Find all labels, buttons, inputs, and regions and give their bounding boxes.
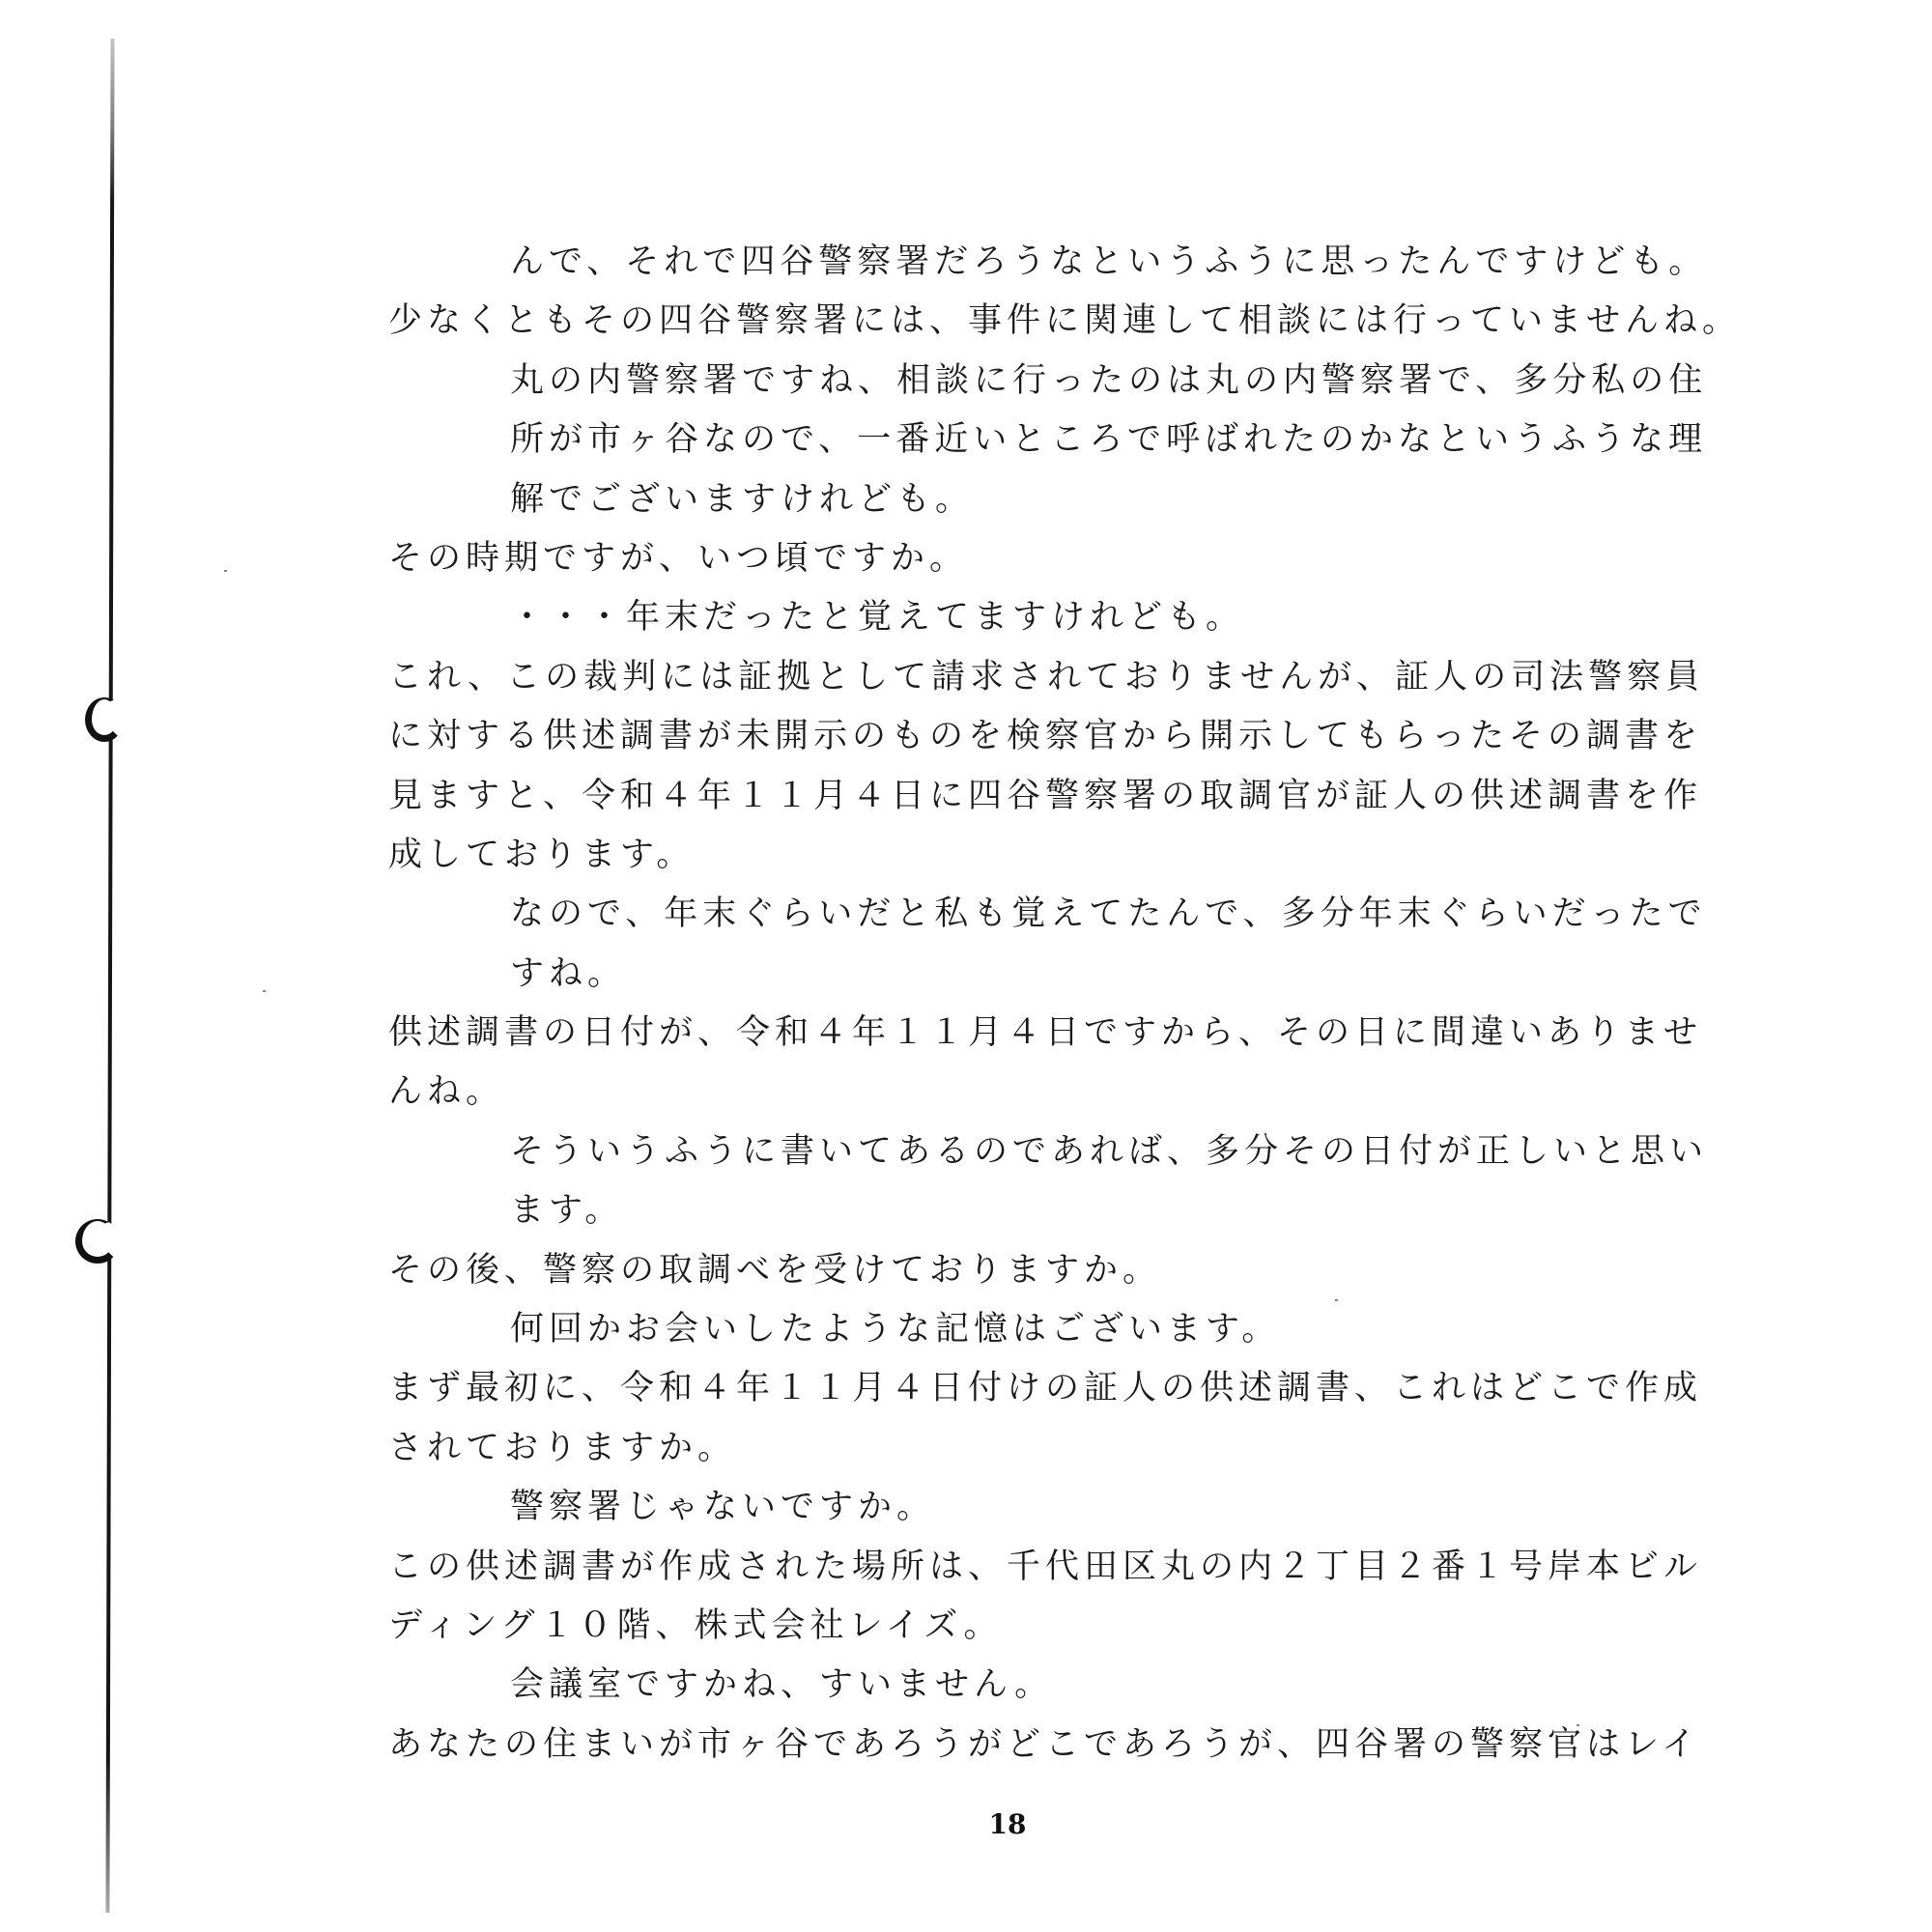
transcript-line: 解でございますけれども。 bbox=[388, 470, 1760, 529]
binding-hook-icon bbox=[85, 697, 124, 742]
transcript-line: まず最初に、令和４年１１月４日付けの証人の供述調書、これはどこで作成 bbox=[388, 1359, 1760, 1418]
transcript-line: なので、年末ぐらいだと私も覚えてたんで、多分年末ぐらいだったで bbox=[388, 885, 1760, 944]
transcript-line: ・・・年末だったと覚えてますけれども。 bbox=[388, 588, 1760, 647]
binding-hook-icon bbox=[75, 1219, 120, 1264]
transcript-line: されておりますか。 bbox=[388, 1419, 1760, 1478]
transcript-line: 少なくともその四谷警察署には、事件に関連して相談には行っていませんね。 bbox=[388, 292, 1760, 351]
transcript-line: ます。 bbox=[388, 1181, 1760, 1240]
page-number: 18 bbox=[983, 1808, 1032, 1840]
transcript-line: ディング１０階、株式会社レイズ。 bbox=[388, 1597, 1760, 1656]
transcript-line: 何回かお会いしたような記憶はございます。 bbox=[388, 1300, 1760, 1359]
transcript-line: その後、警察の取調べを受けておりますか。 bbox=[388, 1241, 1760, 1300]
transcript-line: これ、この裁判には証拠として請求されておりませんが、証人の司法警察員 bbox=[388, 648, 1760, 707]
transcript-line: 所が市ヶ谷なので、一番近いところで呼ばれたのかなというふうな理 bbox=[388, 411, 1760, 469]
transcript-line: 会議室ですかね、すいません。 bbox=[388, 1656, 1760, 1715]
transcript-body: んで、それで四谷警察署だろうなというふうに思ったんですけども。 少なくともその四… bbox=[388, 233, 1760, 1775]
transcript-line: んね。 bbox=[388, 1063, 1760, 1122]
scan-speck bbox=[263, 990, 266, 992]
transcript-line: 警察署じゃないですか。 bbox=[388, 1478, 1760, 1537]
transcript-line: その時期ですが、いつ頃ですか。 bbox=[388, 529, 1760, 588]
binding-margin-line bbox=[105, 39, 114, 1913]
transcript-line: んで、それで四谷警察署だろうなというふうに思ったんですけども。 bbox=[388, 233, 1760, 292]
transcript-line: 丸の内警察署ですね、相談に行ったのは丸の内警察署で、多分私の住 bbox=[388, 352, 1760, 411]
transcript-line: 成しております。 bbox=[388, 826, 1760, 885]
transcript-line: この供述調書が作成された場所は、千代田区丸の内２丁目２番１号岸本ビル bbox=[388, 1538, 1760, 1597]
scan-speck bbox=[224, 570, 227, 572]
transcript-line: に対する供述調書が未開示のものを検察官から開示してもらったその調書を bbox=[388, 707, 1760, 766]
transcript-line: 供述調書の日付が、令和４年１１月４日ですから、その日に間違いありませ bbox=[388, 1004, 1760, 1063]
transcript-line: 見ますと、令和４年１１月４日に四谷警察署の取調官が証人の供述調書を作 bbox=[388, 767, 1760, 826]
transcript-line: あなたの住まいが市ヶ谷であろうがどこであろうが、四谷署の警察官はレイ bbox=[388, 1716, 1760, 1775]
transcript-line: そういうふうに書いてあるのであれば、多分その日付が正しいと思い bbox=[388, 1122, 1760, 1181]
transcript-line: すね。 bbox=[388, 945, 1760, 1004]
